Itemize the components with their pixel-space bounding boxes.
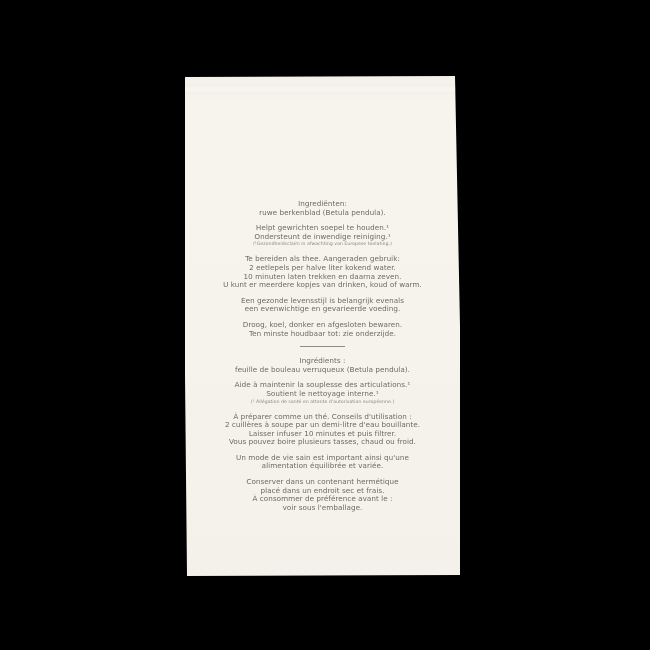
nl-claim-note: (¹Gezondheidsclaim in afwachting van Eur…: [185, 241, 460, 248]
language-divider: [300, 346, 345, 347]
nl-lifestyle-line: een evenwichtige en gevarieerde voeding.: [185, 305, 460, 314]
nl-preparation-line: U kunt er meerdere kopjes van drinken, k…: [185, 281, 460, 290]
fr-lifestyle-line: alimentation équilibrée et variée.: [185, 462, 460, 471]
bag-fold: [185, 84, 460, 94]
fr-claim-note: (¹ Allégation de santé en attente d'auto…: [185, 399, 460, 406]
fr-preparation: À préparer comme un thé. Conseils d'util…: [185, 413, 460, 447]
fr-preparation-line: Vous pouvez boire plusieurs tasses, chau…: [185, 438, 460, 447]
fr-lifestyle: Un mode de vie sain est important ainsi …: [185, 454, 460, 471]
nl-storage-line: Ten minste houdbaar tot: zie onderzijde.: [185, 330, 460, 339]
tea-bag-package: Ingrediënten: ruwe berkenblad (Betula pe…: [185, 76, 460, 576]
nl-claim: Ondersteunt de inwendige reiniging.¹: [185, 233, 460, 242]
nl-ingredients-text: ruwe berkenblad (Betula pendula).: [185, 209, 460, 218]
product-label: Ingrediënten: ruwe berkenblad (Betula pe…: [185, 200, 460, 519]
fr-ingredients-text: feuille de bouleau verruqueux (Betula pe…: [185, 366, 460, 375]
nl-preparation: Te bereiden als thee. Aangeraden gebruik…: [185, 255, 460, 289]
fr-storage: Conserver dans un contenant hermétique p…: [185, 478, 460, 512]
nl-storage: Droog, koel, donker en afgesloten beware…: [185, 321, 460, 338]
fr-storage-line: voir sous l'emballage.: [185, 504, 460, 513]
nl-claims: Helpt gewrichten soepel te houden.¹ Onde…: [185, 224, 460, 248]
fr-claims: Aide à maintenir la souplesse des articu…: [185, 381, 460, 405]
fr-claim: Soutient le nettoyage interne.¹: [185, 390, 460, 399]
nl-lifestyle: Een gezonde levensstijl is belangrijk ev…: [185, 297, 460, 314]
fr-ingredients: Ingrédients : feuille de bouleau verruqu…: [185, 357, 460, 374]
nl-ingredients: Ingrediënten: ruwe berkenblad (Betula pe…: [185, 200, 460, 217]
